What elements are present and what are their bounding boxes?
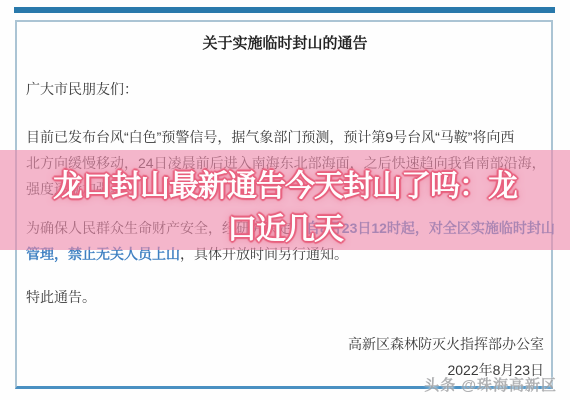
top-blue-rule [14,7,555,13]
notice-salutation: 广大市民朋友们： [26,81,138,98]
headline-overlay-title: 龙口封山最新通告今天封山了吗：龙 口近几天 [0,165,570,251]
notice-title: 关于实施临时封山的通告 [17,35,553,52]
notice-closing: 特此通告。 [26,289,96,306]
notice-issuer: 高新区森林防灭火指挥部办公室 [348,336,544,353]
screenshot-root: 关于实施临时封山的通告 广大市民朋友们： 目前已发布台风“白色”预警信号，据气象… [0,0,570,400]
headline-line2: 口近几天 [0,208,570,251]
paragraph1-line1: 目前已发布台风“白色”预警信号，据气象部门预测，预计第9号台风“马鞍”将向西 [26,129,514,146]
headline-line1: 龙口封山最新通告今天封山了吗：龙 [0,165,570,208]
toutiao-watermark: 头条 @珠海高新区 [424,374,557,395]
